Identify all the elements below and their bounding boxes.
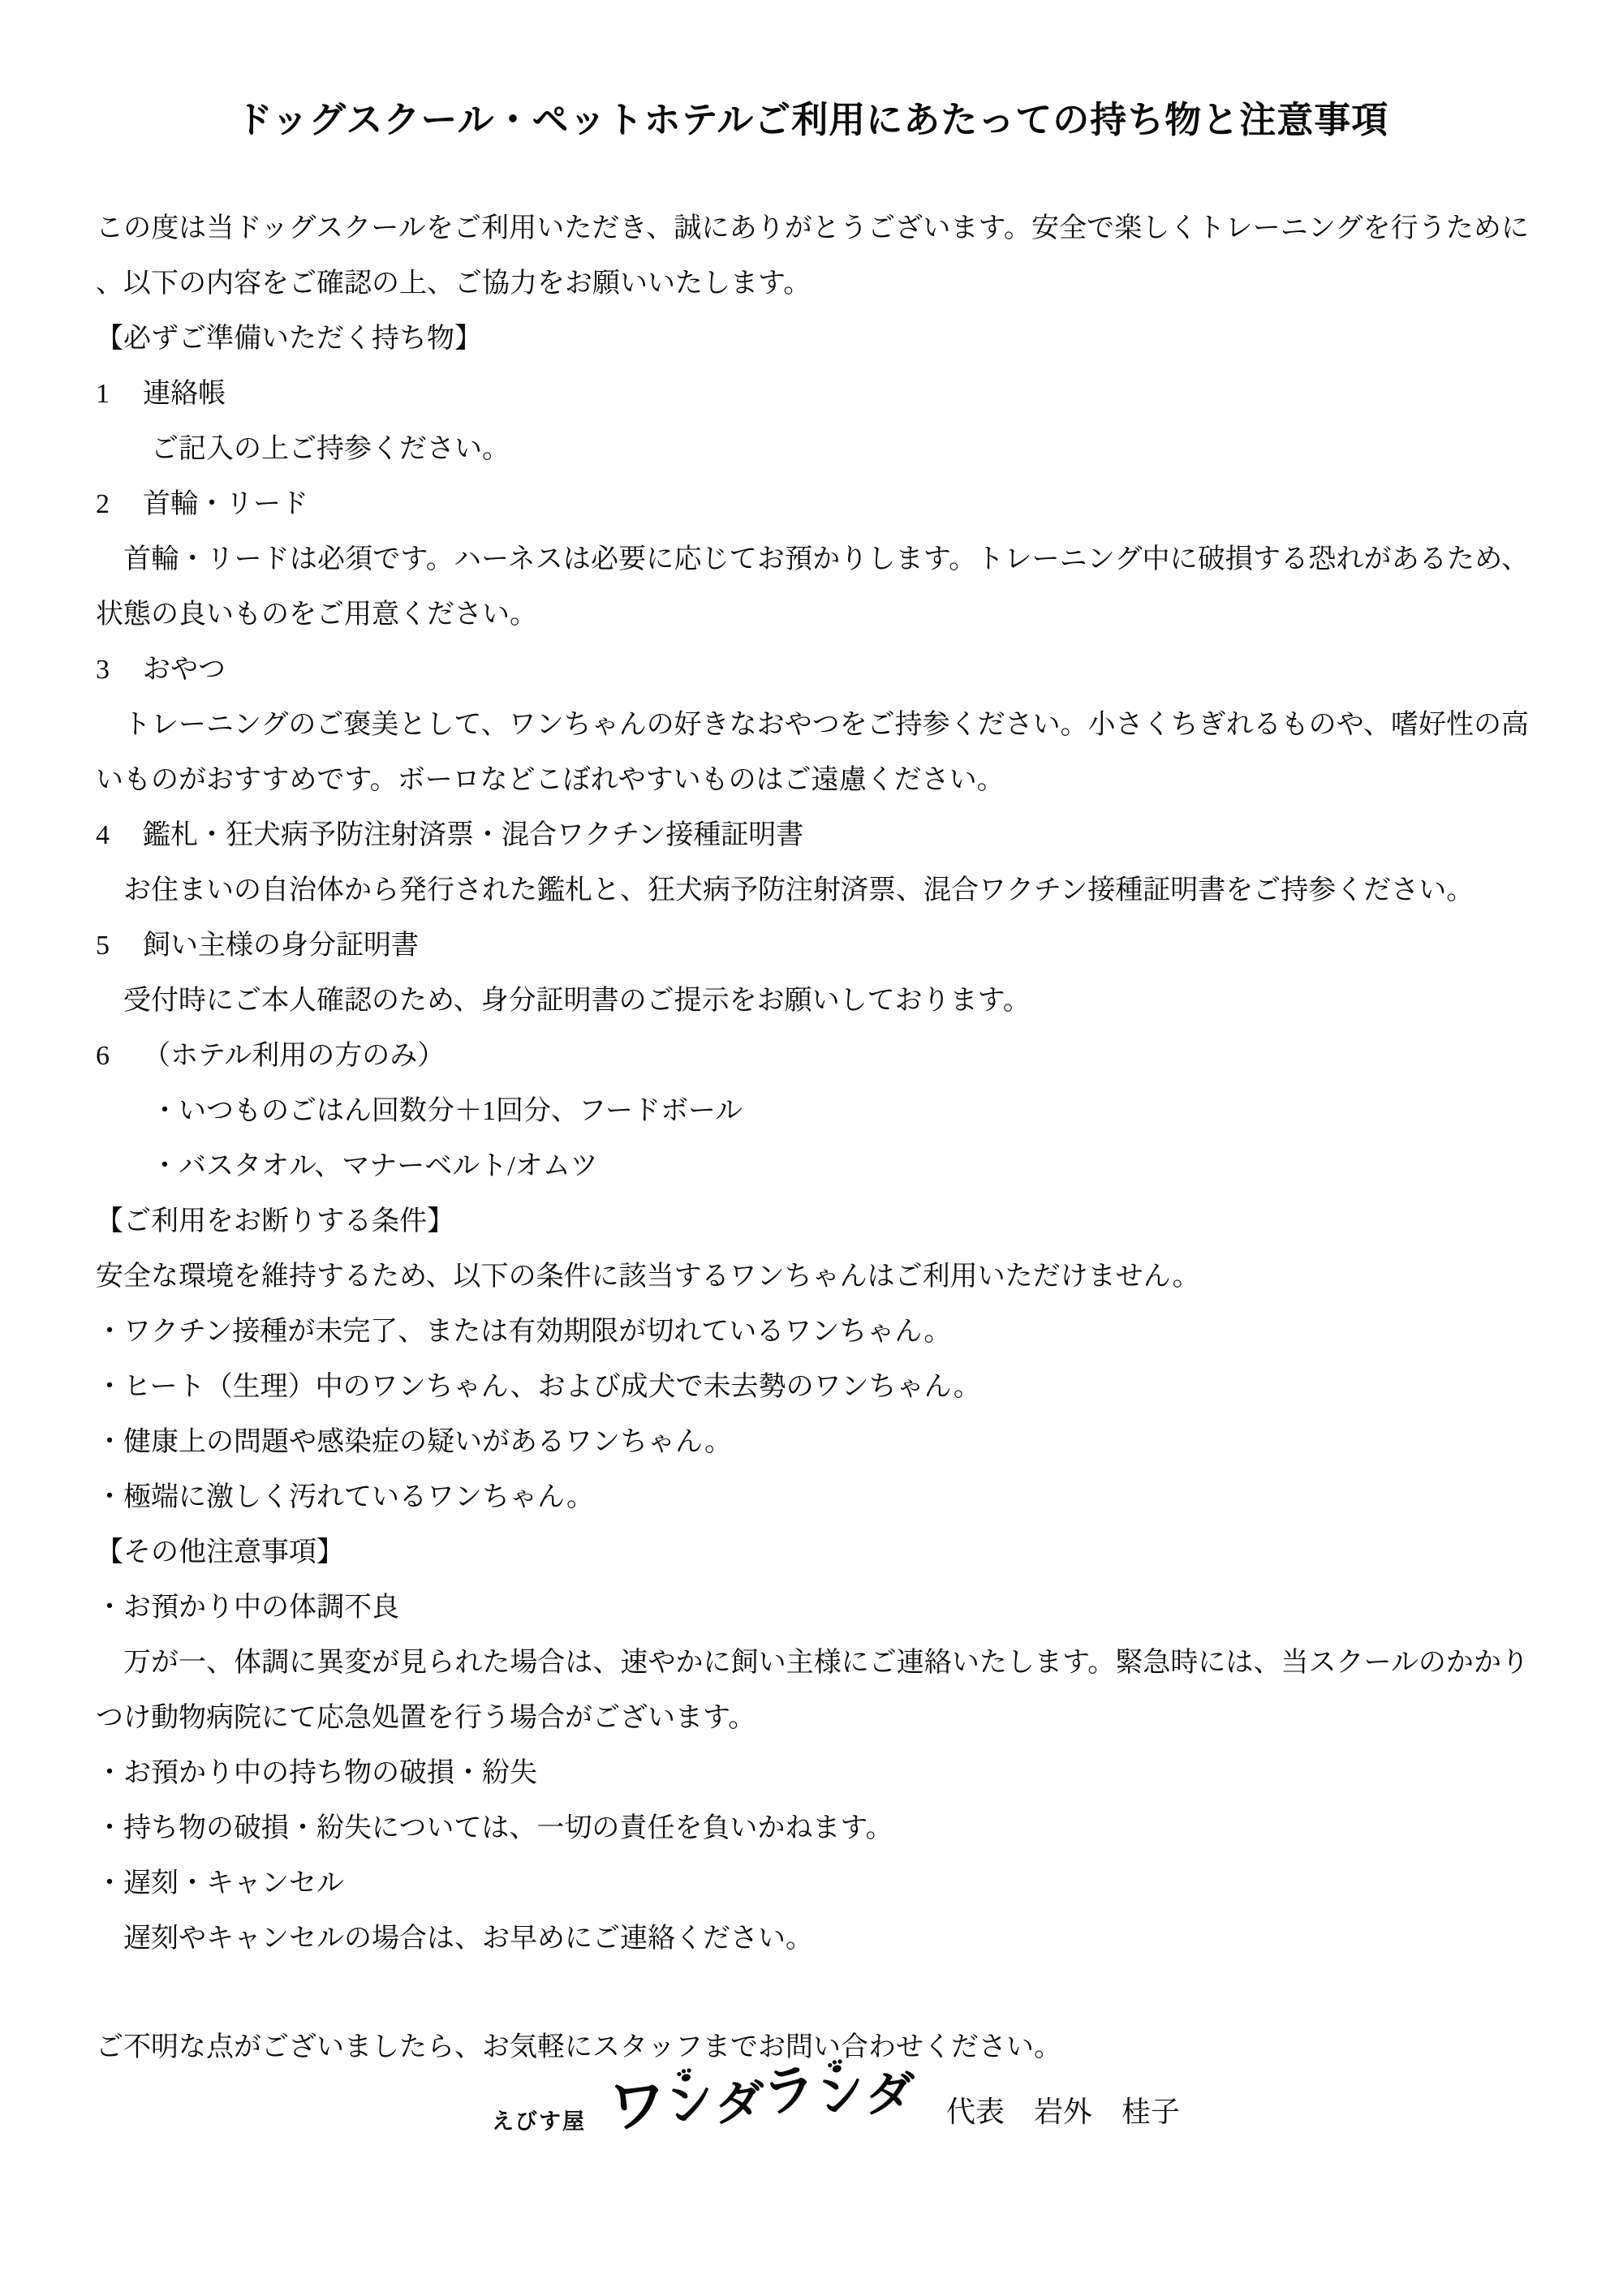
logo-char-with-paw: ン: [662, 2075, 719, 2132]
logo-char: ワ: [607, 2075, 667, 2135]
refusal-bullet-4: ・極端に激しく汚れているワンちゃん。: [96, 1470, 1529, 1525]
refusal-lead: 安全な環境を維持するため、以下の条件に該当するワンちゃんはご利用いただけません。: [96, 1249, 1529, 1305]
item-row-4: 4鑑札・狂犬病予防注射済票・混合ワクチン接種証明書: [96, 808, 1529, 863]
item-6-subitem-2: ・バスタオル、マナーベルト/オムツ: [96, 1139, 1529, 1194]
other-bullet-2: ・お預かり中の持ち物の破損・紛失: [96, 1746, 1529, 1801]
item-label: 鑑札・狂犬病予防注射済票・混合ワクチン接種証明書: [143, 820, 803, 850]
item-number: 1: [96, 367, 143, 422]
item-label: 連絡帳: [143, 379, 226, 409]
item-row-2: 2首輪・リード: [96, 477, 1529, 532]
other-bullet-3: ・持ち物の破損・紛失については、一切の責任を負いかねます。: [96, 1801, 1529, 1856]
item-row-1: 1連絡帳: [96, 367, 1529, 422]
shop-prefix-label: えびす屋: [492, 2104, 586, 2142]
refusal-bullet-2: ・ヒート（生理）中のワンちゃん、および成犬で未去勢のワンちゃん。: [96, 1360, 1529, 1415]
item-row-6: 6（ホテル利用の方のみ）: [96, 1029, 1529, 1084]
item-label: 飼い主様の身分証明書: [143, 931, 419, 961]
refusal-bullet-3: ・健康上の問題や感染症の疑いがあるワンちゃん。: [96, 1415, 1529, 1470]
page-title: ドッグスクール・ペットホテルご利用にあたっての持ち物と注意事項: [96, 91, 1529, 149]
section-header-other: 【その他注意事項】: [96, 1525, 1529, 1580]
section-header-required: 【必ずご準備いただく持ち物】: [96, 312, 1529, 367]
item-row-5: 5飼い主様の身分証明書: [96, 918, 1529, 974]
item-note-4: お住まいの自治体から発行された鑑札と、狂犬病予防注射済票、混合ワクチン接種証明書…: [96, 863, 1529, 918]
logo-char: ダ: [715, 2079, 764, 2128]
section-header-refusal: 【ご利用をお断りする条件】: [96, 1194, 1529, 1249]
item-number: 5: [96, 918, 143, 974]
logo-char: ラ: [760, 2062, 820, 2122]
representative-name: 代表 岩外 桂子: [946, 2089, 1180, 2142]
item-label: （ホテル利用の方のみ）: [143, 1041, 445, 1071]
item-note-2: 首輪・リードは必須です。ハーネスは必要に応じてお預かりします。トレーニング中に破…: [96, 532, 1529, 643]
item-note-5: 受付時にご本人確認のため、身分証明書のご提示をお願いしております。: [96, 974, 1529, 1029]
document-page: ドッグスクール・ペットホテルご利用にあたっての持ち物と注意事項 この度は当ドッグ…: [0, 0, 1623, 2296]
item-label: 首輪・リード: [143, 489, 308, 519]
item-label: おやつ: [143, 655, 226, 685]
logo-char-with-paw: ン: [813, 2066, 870, 2123]
item-number: 6: [96, 1029, 143, 1084]
other-note-4: 遅刻やキャンセルの場合は、お早めにご連絡ください。: [96, 1911, 1529, 1967]
item-6-subitem-1: ・いつものごはん回数分＋1回分、フードボール: [96, 1084, 1529, 1139]
item-note-3: トレーニングのご褒美として、ワンちゃんの好きなおやつをご持参ください。小さくちぎ…: [96, 698, 1529, 808]
other-bullet-4: ・遅刻・キャンセル: [96, 1856, 1529, 1911]
intro-paragraph: この度は当ドッグスクールをご利用いただき、誠にありがとうございます。安全で楽しく…: [96, 201, 1529, 312]
logo-char: ダ: [865, 2070, 915, 2119]
item-number: 2: [96, 477, 143, 532]
item-row-3: 3おやつ: [96, 643, 1529, 698]
other-note-1: 万が一、体調に異変が見られた場合は、速やかに飼い主様にご連絡いたします。緊急時に…: [96, 1636, 1529, 1746]
refusal-bullet-1: ・ワクチン接種が未完了、または有効期限が切れているワンちゃん。: [96, 1305, 1529, 1360]
other-bullet-1: ・お預かり中の体調不良: [96, 1580, 1529, 1636]
signature-row: えびす屋 ワ ン ダ ラ ン ダ 代表 岩外 桂子: [96, 2079, 1529, 2142]
item-number: 3: [96, 643, 143, 698]
item-number: 4: [96, 808, 143, 863]
item-note-1: ご記入の上ご持参ください。: [96, 422, 1529, 477]
